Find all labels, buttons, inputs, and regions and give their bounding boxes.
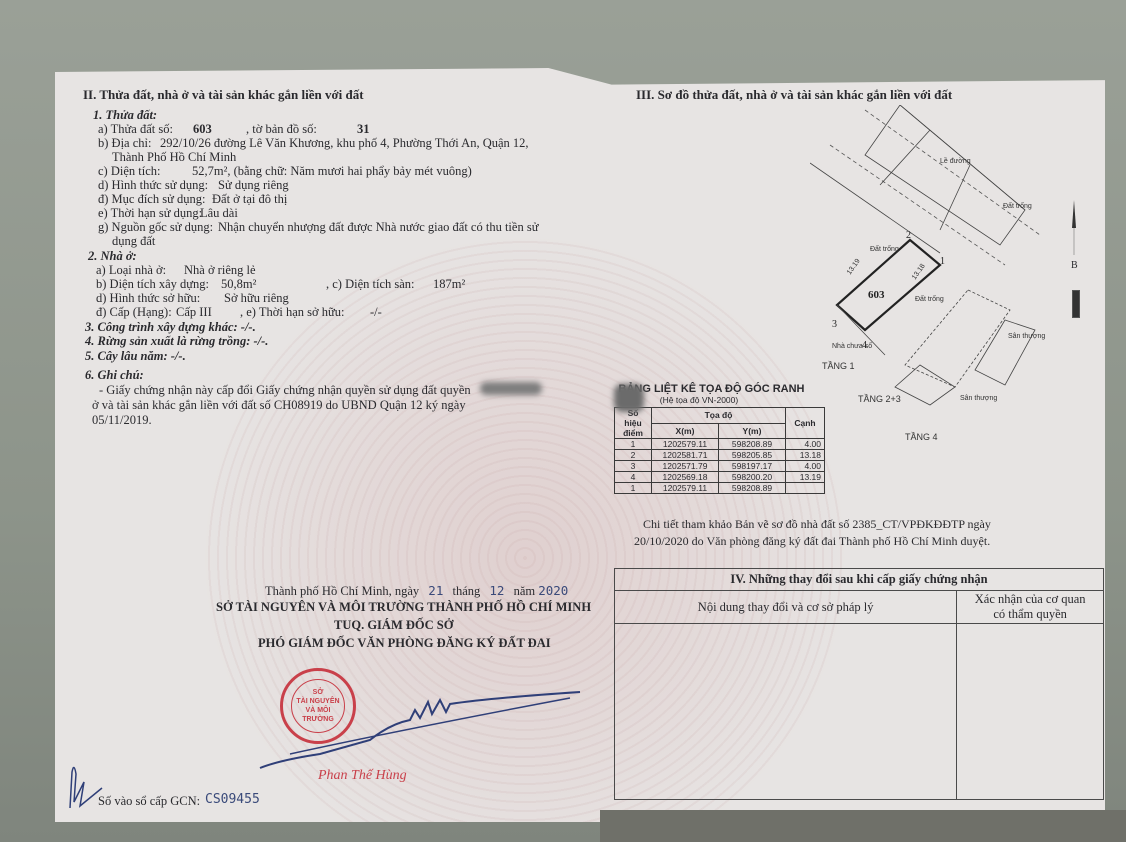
changes-col-content: Nội dung thay đổi và cơ sở pháp lý (615, 591, 957, 624)
table-row: 31202571.79598197.174.00 (615, 461, 825, 472)
on-behalf: TUQ. GIÁM ĐỐC SỞ (334, 618, 453, 633)
changes-content-cell (615, 624, 957, 800)
planted-forest: 4. Rừng sản xuất là rừng trồng: -/-. (85, 334, 268, 349)
house-type-value: Nhà ở riêng lẻ (184, 263, 256, 278)
cell-x: 1202581.71 (652, 450, 719, 461)
date-year: 2020 (538, 583, 568, 598)
ownership-term-value: -/- (370, 305, 382, 320)
usage-term-value: Lâu dài (200, 206, 238, 221)
changes-col-confirmation: Xác nhận của cơ quan có thẩm quyền (957, 591, 1104, 624)
floor-area-value: 187m² (433, 277, 465, 292)
parcel-number-label: 603 (868, 289, 885, 301)
label-empty-land-3: Đất trống (915, 294, 944, 303)
address-value-line2: Thành Phố Hồ Chí Minh (112, 150, 236, 165)
changes-title: IV. Những thay đổi sau khi cấp giấy chứn… (615, 569, 1104, 591)
build-area-label: b) Diện tích xây dựng: (96, 277, 209, 292)
build-area-value: 50,8m² (221, 277, 256, 292)
table-row: 11202579.11598208.89 (615, 483, 825, 494)
header-x: X(m) (652, 423, 719, 439)
signer-title: PHÓ GIÁM ĐỐC VĂN PHÒNG ĐĂNG KÝ ĐẤT ĐAI (258, 636, 551, 651)
date-month: 12 (489, 583, 504, 598)
cell-edge: 13.18 (786, 450, 825, 461)
dim-13-19: 13.19 (846, 258, 862, 276)
table-row: 11202579.11598208.894.00 (615, 439, 825, 450)
grade-label: đ) Cấp (Hạng): (96, 305, 172, 320)
reference-note-line1: Chi tiết tham khảo Bản vẽ sơ đồ nhà đất … (643, 517, 991, 532)
usage-purpose-value: Đất ở tại đô thị (212, 192, 287, 207)
coordinate-table-block: BẢNG LIỆT KÊ TỌA ĐỘ GÓC RANH (Hệ tọa độ … (614, 383, 825, 494)
cell-edge: 13.19 (786, 472, 825, 483)
cell-x: 1202569.18 (652, 472, 719, 483)
north-arrow-icon (1066, 200, 1082, 260)
coordinate-table: Số hiệu điểm Tọa độ Cạnh X(m) Y(m) 11202… (614, 407, 825, 494)
registry-label: Số vào sổ cấp GCN: (98, 794, 200, 809)
header-y: Y(m) (719, 423, 786, 439)
header-coords: Tọa độ (652, 408, 786, 424)
label-empty-land-1: Đất trống (1003, 201, 1032, 210)
handwritten-signature (250, 680, 590, 780)
vertex-1: 1 (940, 256, 945, 267)
floor-area-label: , c) Diện tích sàn: (326, 277, 415, 292)
house-type-label: a) Loại nhà ở: (96, 263, 166, 278)
place-date: Thành phố Hồ Chí Minh, ngày 21 tháng 12 … (265, 584, 568, 599)
cell-point: 4 (615, 472, 652, 483)
ownership-form-label: d) Hình thức sở hữu: (96, 291, 200, 306)
other-construction: 3. Công trình xây dựng khác: -/-. (85, 320, 256, 335)
shadow (600, 810, 1126, 842)
cell-x: 1202571.79 (652, 461, 719, 472)
land-parcel-value: 603 (193, 122, 212, 137)
redacted-table-corner (614, 384, 644, 412)
notes-line3: 05/11/2019. (92, 413, 152, 428)
map-sheet-value: 31 (357, 122, 370, 137)
table-row: 41202569.18598200.2013.19 (615, 472, 825, 483)
cell-x: 1202579.11 (652, 439, 719, 450)
north-label: B (1071, 260, 1078, 271)
perennial-trees: 5. Cây lâu năm: -/-. (85, 349, 186, 364)
cell-edge (786, 483, 825, 494)
header-point: Số hiệu điểm (615, 408, 652, 439)
notes-heading: 6. Ghi chú: (85, 368, 144, 383)
changes-table-block: IV. Những thay đổi sau khi cấp giấy chứn… (614, 568, 1104, 800)
address-value-line1: 292/10/26 đường Lê Văn Khương, khu phố 4… (160, 136, 529, 151)
notes-line1: - Giấy chứng nhận này cấp đổi Giấy chứng… (99, 383, 471, 398)
scale-bar (1072, 290, 1080, 318)
signer-name: Phan Thế Hùng (318, 768, 407, 784)
cell-x: 1202579.11 (652, 483, 719, 494)
floor-4-label: TẦNG 4 (905, 432, 938, 442)
date-day: 21 (428, 583, 443, 598)
coordinate-rows: 11202579.11598208.894.0021202581.7159820… (615, 439, 825, 494)
label-curb: Lề đường (940, 156, 971, 165)
section-ii-title: II. Thửa đất, nhà ở và tài sản khác gắn … (83, 88, 364, 103)
cell-edge: 4.00 (786, 461, 825, 472)
reference-note-line2: 20/10/2020 do Văn phòng đăng ký đất đai … (634, 534, 990, 549)
usage-term-label: e) Thời hạn sử dụng: (98, 206, 202, 221)
origin-value-line2: dụng đất (112, 234, 155, 249)
floor-2-3-label: TẦNG 2+3 (858, 394, 901, 404)
redacted-text (480, 382, 542, 395)
house-heading: 2. Nhà ở: (88, 249, 137, 264)
usage-purpose-label: đ) Mục đích sử dụng: (98, 192, 205, 207)
ownership-term-label: , e) Thời hạn sở hữu: (240, 305, 344, 320)
area-value: 52,7m², (bằng chữ: Năm mươi hai phẩy bảy… (192, 164, 472, 179)
cell-point: 1 (615, 439, 652, 450)
label-empty-land-2: Đất trống (870, 244, 899, 253)
label-terrace-2: Sân thượng (960, 395, 997, 402)
cell-y: 598208.89 (719, 483, 786, 494)
usage-form-label: d) Hình thức sử dụng: (98, 178, 208, 193)
registry-value: CS09455 (205, 793, 260, 808)
origin-label: g) Nguồn gốc sử dụng: (98, 220, 213, 235)
table-row: 21202581.71598205.8513.18 (615, 450, 825, 461)
usage-form-value: Sử dụng riêng (218, 178, 289, 193)
notes-line2: ở và tài sản khác gắn liền với đất số CH… (92, 398, 466, 413)
header-edge: Cạnh (786, 408, 825, 439)
vertex-3: 3 (832, 319, 837, 330)
cell-y: 598200.20 (719, 472, 786, 483)
year-label: năm (514, 584, 536, 598)
label-terrace-1: Sân thượng (1008, 333, 1045, 340)
address-label: b) Địa chỉ: (98, 136, 151, 151)
cell-point: 3 (615, 461, 652, 472)
grade-value: Cấp III (176, 305, 212, 320)
vertex-4: 4 (862, 340, 867, 351)
cell-y: 598208.89 (719, 439, 786, 450)
cell-y: 598197.17 (719, 461, 786, 472)
agency-name: SỞ TÀI NGUYÊN VÀ MÔI TRƯỜNG THÀNH PHỐ HỒ… (216, 600, 591, 615)
section-iii-title: III. Sơ đồ thửa đất, nhà ở và tài sản kh… (636, 88, 952, 103)
cell-edge: 4.00 (786, 439, 825, 450)
changes-confirmation-cell (957, 624, 1104, 800)
floor-1-label: TẦNG 1 (822, 361, 855, 371)
land-parcel-label: a) Thửa đất số: (98, 122, 173, 137)
confirmation-line1: Xác nhận của cơ quan (958, 592, 1102, 607)
cell-y: 598205.85 (719, 450, 786, 461)
origin-value-line1: Nhận chuyển nhượng đất được Nhà nước gia… (218, 220, 538, 235)
changes-table: IV. Những thay đổi sau khi cấp giấy chứn… (614, 568, 1104, 800)
cell-point: 1 (615, 483, 652, 494)
confirmation-line2: có thẩm quyền (958, 607, 1102, 622)
map-sheet-label: , tờ bản đồ số: (246, 122, 317, 137)
place-date-prefix: Thành phố Hồ Chí Minh, ngày (265, 584, 419, 598)
ownership-form-value: Sở hữu riêng (224, 291, 289, 306)
month-label: tháng (452, 584, 480, 598)
land-heading: 1. Thửa đất: (93, 108, 157, 123)
vertex-2: 2 (906, 230, 911, 241)
area-label: c) Diện tích: (98, 164, 160, 179)
cell-point: 2 (615, 450, 652, 461)
